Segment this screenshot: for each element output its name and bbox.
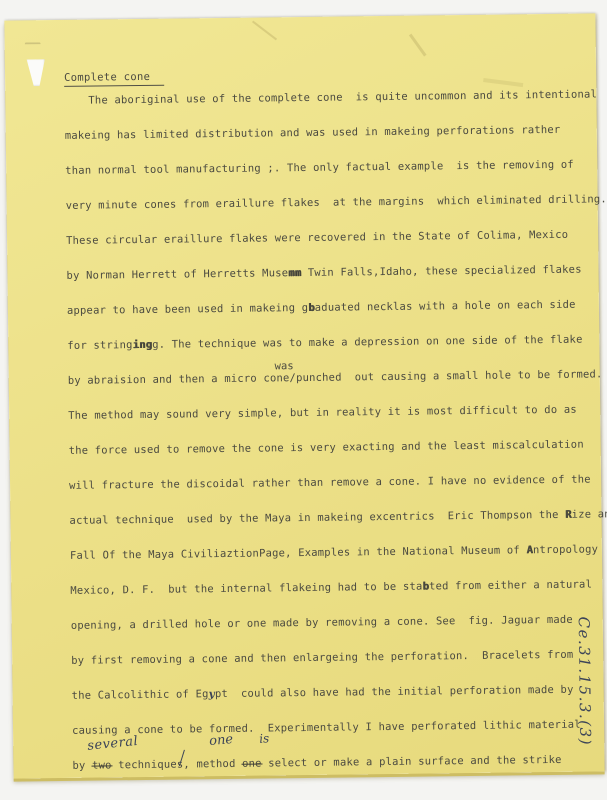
pencil-smudge bbox=[252, 21, 277, 41]
pencil-smudge bbox=[409, 34, 427, 57]
typed-insertion-was: was bbox=[275, 360, 294, 372]
handwritten-word-one: one bbox=[209, 732, 234, 749]
page-title: Complete cone bbox=[64, 71, 164, 87]
handwritten-word-is: is bbox=[259, 731, 270, 746]
paper-smudge bbox=[483, 78, 523, 87]
punch-notch bbox=[26, 59, 45, 87]
typed-line: by two techniques, method one select or … bbox=[72, 753, 607, 795]
scanned-page: Complete cone The aboriginal use of the … bbox=[4, 13, 604, 778]
staple-mark bbox=[25, 42, 41, 53]
typed-lines: The aboriginal use of the complete cone … bbox=[64, 88, 607, 795]
handwritten-margin-code: Ce.31.15.3.(3) bbox=[575, 616, 595, 746]
